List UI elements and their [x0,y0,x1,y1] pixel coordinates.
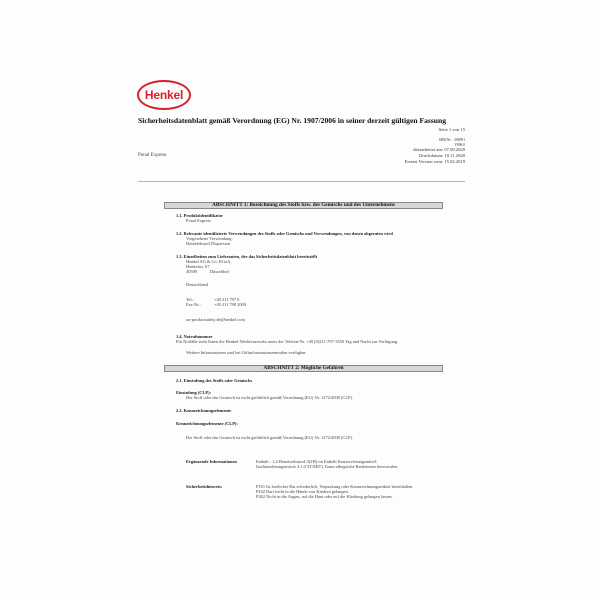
fax-label: Fax-Nr.: [186,302,201,307]
s14-more: Weitere Informationen sind bei Giftinfor… [186,350,306,355]
logo-text: Henkel [145,88,183,102]
s14-text: Für Notfälle steht Ihnen die Henkel-Werk… [176,339,398,344]
company-zip: 40589 [186,269,197,274]
s12-value: Holzklebstoff Dispersion [186,241,230,246]
label-title: Kennzeichnungselemente (CLP): [176,421,238,426]
s21-title: 2.1. Einstufung des Stoffs oder Gemischs [176,378,252,383]
section-1-heading: ABSCHNITT 1: Bezeichnung des Stoffs bzw.… [164,202,443,209]
supplementary-line-2: Isothiazolinongemisch 3:1 (CIT/MIT). Kan… [256,464,399,469]
document-page: Henkel Sicherheitsdatenblatt gemäß Veror… [0,0,600,600]
safety-label: Sicherheitshinweis: [186,484,222,489]
clp-text: Der Stoff oder das Gemisch ist nicht gef… [186,395,353,400]
henkel-logo: Henkel [137,80,191,110]
company-city: Düsseldorf [210,269,229,274]
replaces-version: Ersetzt Version vom: 15.02.2019 [405,159,465,165]
fax-value: +49 211 798 2009 [214,302,246,307]
s22-title: 2.2. Kennzeichnungselemente [176,408,231,413]
p262: P262 Nicht in die Augen, auf die Haut od… [256,494,393,499]
s11-value: Ponal Express [186,218,211,223]
product-name: Ponal Express [138,153,166,158]
page-number: Seite 1 von 15 [439,127,465,133]
section-2-heading: ABSCHNITT 2: Mögliche Gefahren [164,365,443,372]
document-title: Sicherheitsdatenblatt gemäß Verordnung (… [138,116,468,125]
contact-email[interactable]: ua-productsafety.de@henkel.com [186,317,245,322]
supplementary-label: Ergänzende Informationen [186,459,237,464]
label-text: Der Stoff oder das Gemisch ist nicht gef… [186,435,353,440]
company-country: Deutschland [186,282,208,287]
header-divider [138,181,465,182]
